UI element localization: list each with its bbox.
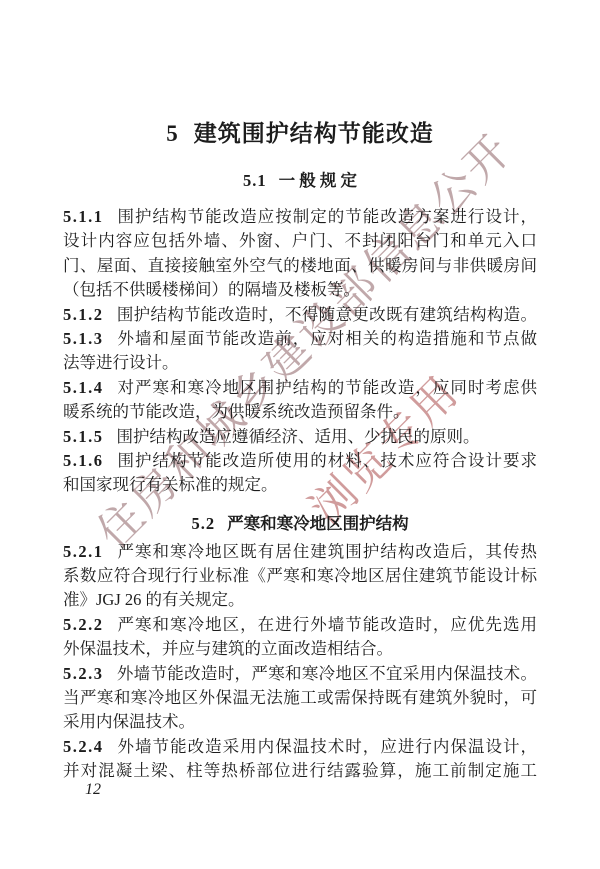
text-line: 门、屋面、直接接触室外空气的楼地面、供暖房间与非供暖房间	[63, 254, 537, 278]
clause-text: 严寒和寒冷地区既有居住建筑围护结构改造后，其传热	[117, 542, 538, 561]
text-line: 5.1.4对严寒和寒冷地区围护结构的节能改造，应同时考虑供	[63, 376, 537, 400]
clause-text: 外墙和屋面节能改造前，应对相关的构造措施和节点做	[117, 329, 538, 348]
clause-5.2.3: 5.2.3外墙节能改造时，严寒和寒冷地区不宜采用内保温技术。当严寒和寒冷地区外保…	[63, 662, 537, 735]
text-line: （包括不供暖楼梯间）的隔墙及楼板等。	[63, 278, 537, 302]
text-line: 当严寒和寒冷地区外保温无法施工或需保持既有建筑外貌时，可	[63, 686, 537, 710]
page-content: 5建筑围护结构节能改造 5.1一 般 规 定5.1.1围护结构节能改造应按制定的…	[63, 0, 537, 784]
section-5.2: 5.2严寒和寒冷地区围护结构5.2.1严寒和寒冷地区既有居住建筑围护结构改造后，…	[63, 513, 537, 784]
clause-number: 5.2.4	[63, 737, 104, 756]
clause-5.2.1: 5.2.1严寒和寒冷地区既有居住建筑围护结构改造后，其传热系数应符合现行行业标准…	[63, 540, 537, 613]
clause-5.1.3: 5.1.3外墙和屋面节能改造前，应对相关的构造措施和节点做法等进行设计。	[63, 327, 537, 376]
text-line: 5.1.5围护结构改造应遵循经济、适用、少扰民的原则。	[63, 425, 537, 449]
section-items: 5.1.1围护结构节能改造应按制定的节能改造方案进行设计，设计内容应包括外墙、外…	[63, 205, 537, 498]
text-line: 5.2.2严寒和寒冷地区，在进行外墙节能改造时，应优先选用	[63, 613, 537, 637]
section-heading: 5.1一 般 规 定	[63, 170, 537, 192]
document-page: 住房和城乡建设部信息公开 浏览专用 5建筑围护结构节能改造 5.1一 般 规 定…	[0, 0, 600, 869]
text-line: 5.2.4外墙节能改造采用内保温技术时，应进行内保温设计，	[63, 735, 537, 759]
text-line: 法等进行设计。	[63, 351, 537, 375]
clause-text: 外墙节能改造时，严寒和寒冷地区不宜采用内保温技术。	[117, 664, 538, 683]
text-line: 5.1.2围护结构节能改造时，不得随意更改既有建筑结构构造。	[63, 303, 537, 327]
text-line: 并对混凝土梁、柱等热桥部位进行结露验算，施工前制定施工	[63, 759, 537, 783]
clause-number: 5.2.3	[63, 664, 104, 683]
text-line: 系数应符合现行行业标准《严寒和寒冷地区居住建筑节能设计标	[63, 564, 537, 588]
chapter-title: 5建筑围护结构节能改造	[63, 120, 537, 148]
clause-5.2.4: 5.2.4外墙节能改造采用内保温技术时，应进行内保温设计，并对混凝土梁、柱等热桥…	[63, 735, 537, 784]
chapter-number: 5	[166, 121, 178, 146]
section-heading: 5.2严寒和寒冷地区围护结构	[63, 513, 537, 535]
text-line: 外保温技术，并应与建筑的立面改造相结合。	[63, 637, 537, 661]
section-title: 一 般 规 定	[279, 171, 357, 190]
section-items: 5.2.1严寒和寒冷地区既有居住建筑围护结构改造后，其传热系数应符合现行行业标准…	[63, 540, 537, 784]
text-line: 设计内容应包括外墙、外窗、户门、不封闭阳台门和单元入口	[63, 229, 537, 253]
text-line: 5.2.3外墙节能改造时，严寒和寒冷地区不宜采用内保温技术。	[63, 662, 537, 686]
clause-number: 5.1.1	[63, 207, 104, 226]
clause-5.1.6: 5.1.6围护结构节能改造所使用的材料、技术应符合设计要求和国家现行有关标准的规…	[63, 449, 537, 498]
section-number: 5.2	[191, 514, 215, 533]
section-5.1: 5.1一 般 规 定5.1.1围护结构节能改造应按制定的节能改造方案进行设计，设…	[63, 170, 537, 498]
text-line: 5.1.1围护结构节能改造应按制定的节能改造方案进行设计，	[63, 205, 537, 229]
text-line: 采用内保温技术。	[63, 710, 537, 734]
clause-number: 5.2.1	[63, 542, 104, 561]
clause-text: 围护结构节能改造所使用的材料、技术应符合设计要求	[117, 451, 538, 470]
clause-number: 5.1.4	[63, 378, 104, 397]
clause-number: 5.1.3	[63, 329, 104, 348]
clause-text: 对严寒和寒冷地区围护结构的节能改造，应同时考虑供	[117, 378, 538, 397]
text-line: 5.1.3外墙和屋面节能改造前，应对相关的构造措施和节点做	[63, 327, 537, 351]
chapter-title-text: 建筑围护结构节能改造	[194, 121, 434, 146]
clause-number: 5.1.5	[63, 427, 104, 446]
clause-text: 围护结构改造应遵循经济、适用、少扰民的原则。	[117, 427, 480, 446]
clause-number: 5.1.2	[63, 305, 104, 324]
clause-5.1.5: 5.1.5围护结构改造应遵循经济、适用、少扰民的原则。	[63, 425, 537, 449]
text-line: 5.1.6围护结构节能改造所使用的材料、技术应符合设计要求	[63, 449, 537, 473]
text-line: 5.2.1严寒和寒冷地区既有居住建筑围护结构改造后，其传热	[63, 540, 537, 564]
clause-5.1.1: 5.1.1围护结构节能改造应按制定的节能改造方案进行设计，设计内容应包括外墙、外…	[63, 205, 537, 303]
text-line: 准》JGJ 26 的有关规定。	[63, 588, 537, 612]
clause-text: 围护结构节能改造应按制定的节能改造方案进行设计，	[117, 207, 538, 226]
clause-5.2.2: 5.2.2严寒和寒冷地区，在进行外墙节能改造时，应优先选用外保温技术，并应与建筑…	[63, 613, 537, 662]
text-line: 暖系统的节能改造，为供暖系统改造预留条件。	[63, 400, 537, 424]
clause-number: 5.2.2	[63, 615, 104, 634]
section-title: 严寒和寒冷地区围护结构	[227, 514, 409, 533]
clause-number: 5.1.6	[63, 451, 104, 470]
page-number: 12	[85, 781, 101, 799]
text-line: 和国家现行有关标准的规定。	[63, 473, 537, 497]
section-number: 5.1	[243, 171, 267, 190]
clause-5.1.2: 5.1.2围护结构节能改造时，不得随意更改既有建筑结构构造。	[63, 303, 537, 327]
clause-text: 外墙节能改造采用内保温技术时，应进行内保温设计，	[117, 737, 538, 756]
clause-5.1.4: 5.1.4对严寒和寒冷地区围护结构的节能改造，应同时考虑供暖系统的节能改造，为供…	[63, 376, 537, 425]
clause-text: 围护结构节能改造时，不得随意更改既有建筑结构构造。	[117, 305, 538, 324]
sections: 5.1一 般 规 定5.1.1围护结构节能改造应按制定的节能改造方案进行设计，设…	[63, 170, 537, 784]
clause-text: 严寒和寒冷地区，在进行外墙节能改造时，应优先选用	[117, 615, 538, 634]
